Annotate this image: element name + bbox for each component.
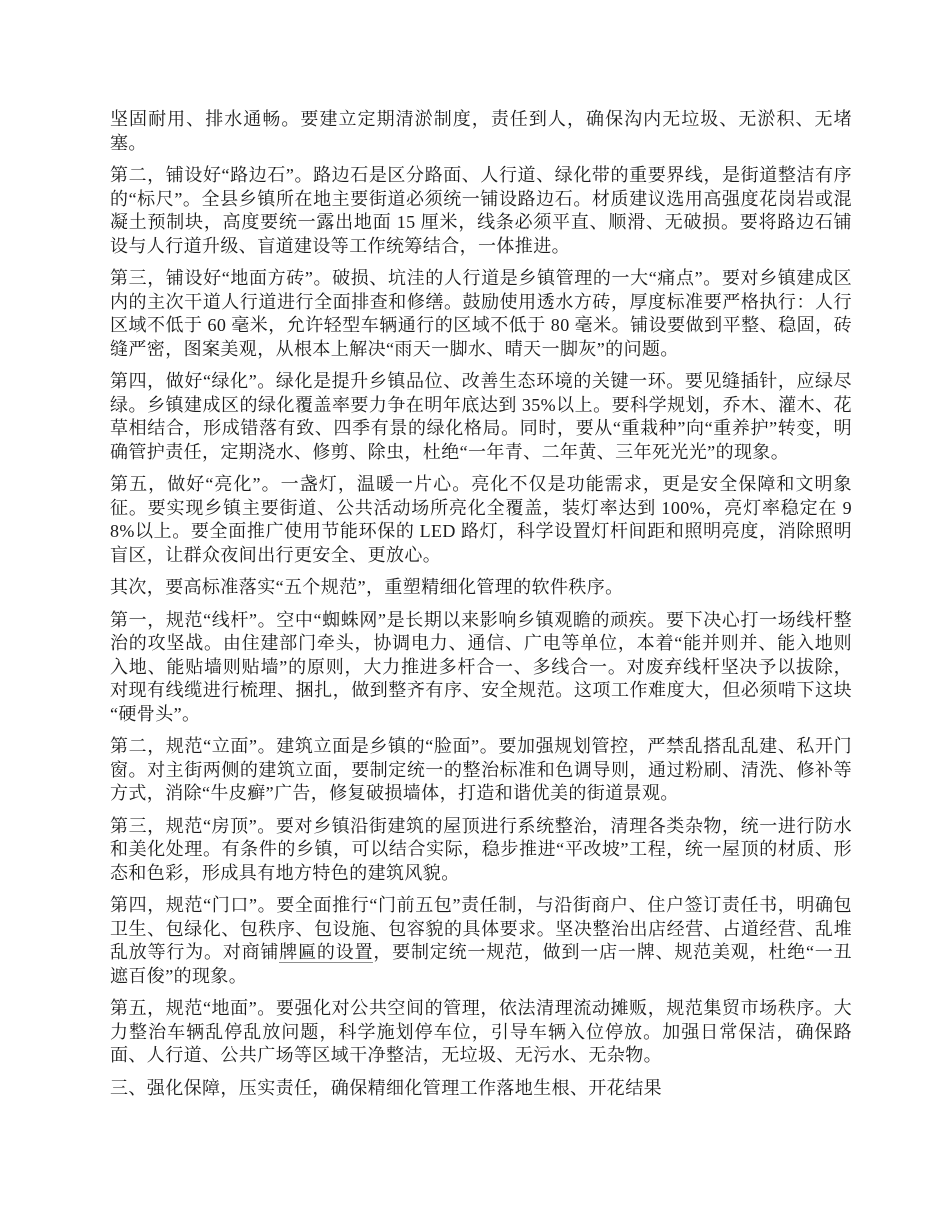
- paragraph-five-standards-intro: 其次，要高标准落实“五个规范”，重塑精细化管理的软件秩序。: [110, 576, 852, 600]
- paragraph-pavement-brick: 第三，铺设好“地面方砖”。破损、坑洼的人行道是乡镇管理的一大“痛点”。要对乡镇建…: [110, 267, 852, 361]
- paragraph-wire-poles: 第一，规范“线杆”。空中“蜘蛛网”是长期以来影响乡镇观瞻的顽疾。要下决心打一场线…: [110, 609, 852, 727]
- paragraph-curbstone: 第二，铺设好“路边石”。路边石是区分路面、人行道、绿化带的重要界线，是街道整洁有…: [110, 164, 852, 258]
- section-heading-three: 三、强化保障，压实责任，确保精细化管理工作落地生根、开花结果: [110, 1077, 852, 1101]
- paragraph-ground-space: 第五，规范“地面”。要强化对公共空间的管理，依法清理流动摊贩，规范集贸市场秩序。…: [110, 997, 852, 1068]
- paragraph-rooftops: 第三，规范“房顶”。要对乡镇沿街建筑的屋顶进行系统整治，清理各类杂物，统一进行防…: [110, 815, 852, 886]
- paragraph-facades: 第二，规范“立面”。建筑立面是乡镇的“脸面”。要加强规划管控，严禁乱搭乱乱建、私…: [110, 735, 852, 806]
- paragraph-storefronts: 第四，规范“门口”。要全面推行“门前五包”责任制，与沿街商户、住户签订责任书，明…: [110, 894, 852, 988]
- paragraph-lighting: 第五，做好“亮化”。一盏灯，温暖一片心。亮化不仅是功能需求，更是安全保障和文明象…: [110, 473, 852, 567]
- paragraph-drainage-tail: 坚固耐用、排水通畅。要建立定期清淤制度，责任到人，确保沟内无垃圾、无淤积、无堵塞…: [110, 108, 852, 155]
- paragraph-greening: 第四，做好“绿化”。绿化是提升乡镇品位、改善生态环境的关键一环。要见缝插针，应绿…: [110, 370, 852, 464]
- paragraph-storefronts-underlined-phrase: 牌匾的设置: [279, 942, 373, 963]
- document-page: 坚固耐用、排水通畅。要建立定期清淤制度，责任到人，确保沟内无垃圾、无淤积、无堵塞…: [0, 0, 950, 1230]
